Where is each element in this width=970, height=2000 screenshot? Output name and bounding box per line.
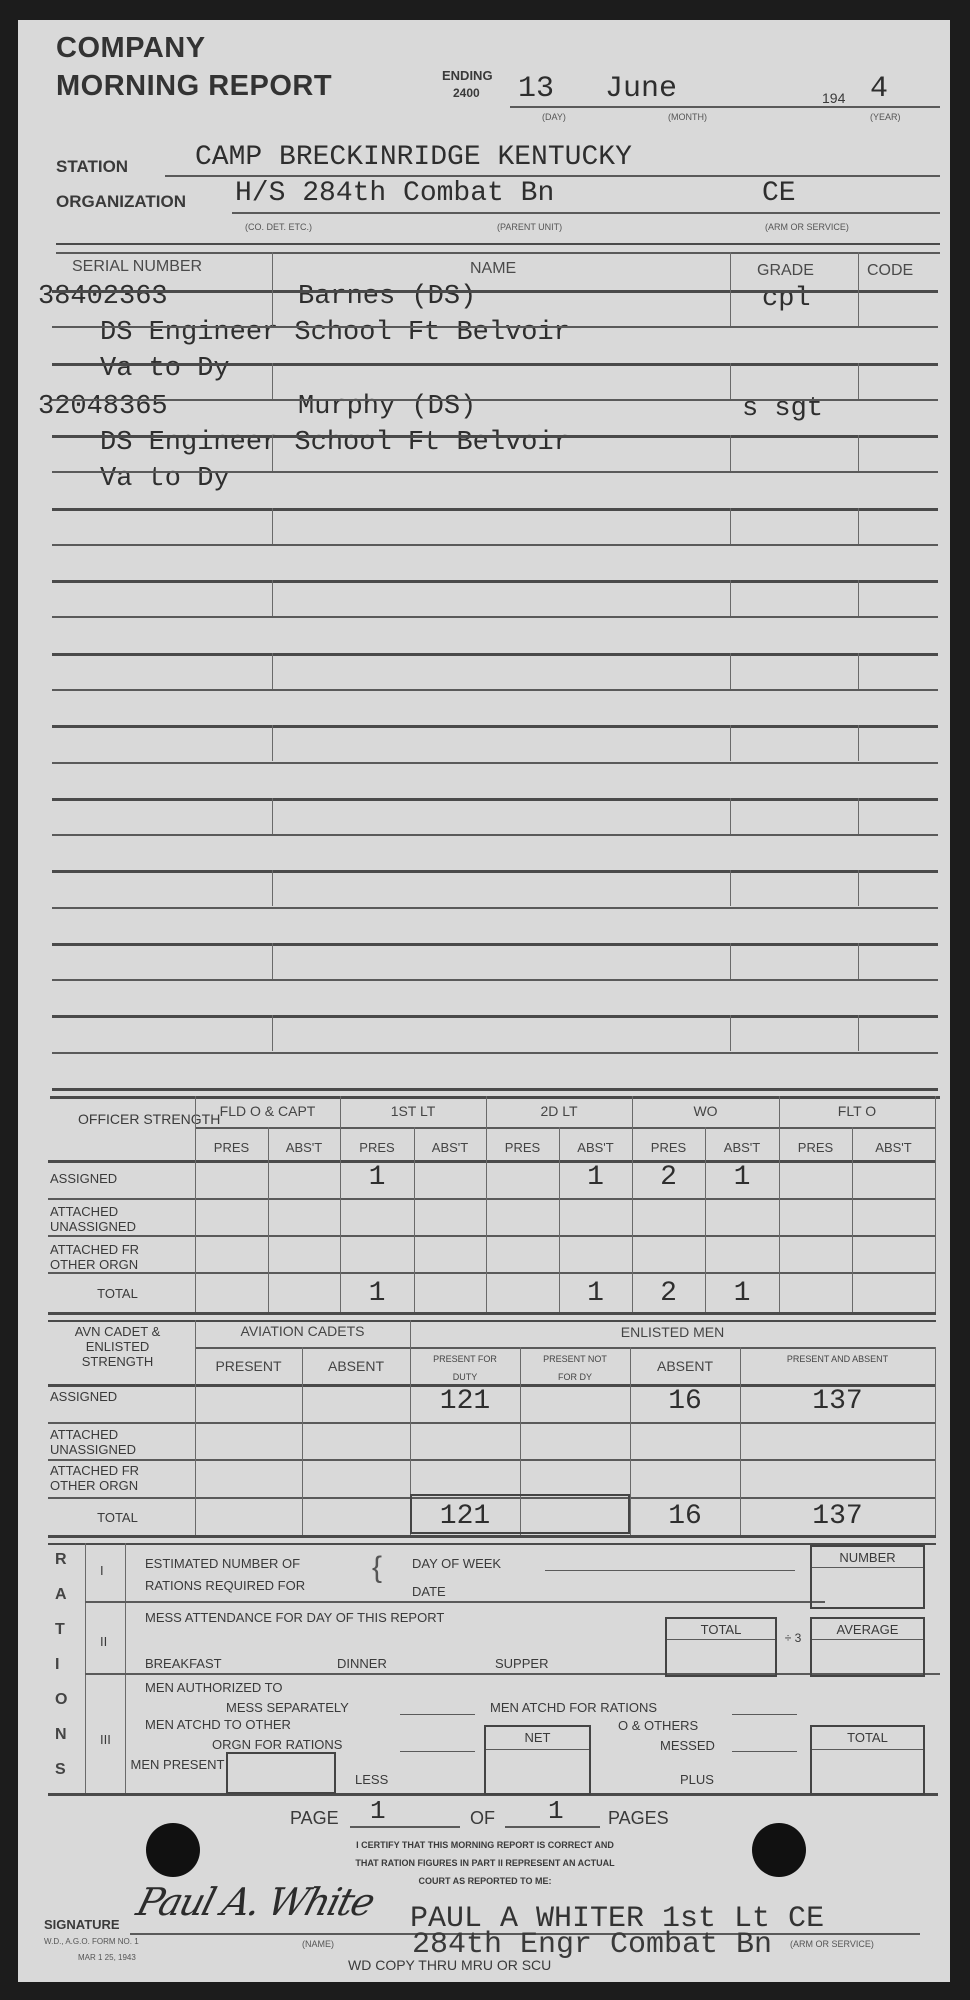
report-month: June [605, 72, 677, 106]
rations-part-line [85, 1601, 825, 1603]
soldier-name-2: Murphy (DS) [298, 392, 476, 422]
roster-row-line [52, 326, 938, 328]
roster-row-line [52, 907, 938, 909]
net-label: NET [484, 1730, 591, 1745]
officer-value: 1 [340, 1278, 414, 1309]
station-underline [165, 175, 940, 177]
enlisted-value: 137 [740, 1501, 935, 1532]
roster-col-line [858, 653, 859, 689]
enlisted-bottom-double [48, 1543, 936, 1545]
officer-col-line [779, 1096, 780, 1312]
roster-col-line [272, 1015, 273, 1051]
officer-row-label: ASSIGNED [50, 1171, 185, 1186]
roster-col-line [272, 290, 273, 326]
officer-subheader-8: PRES [779, 1140, 852, 1155]
roster-col-line [730, 870, 731, 906]
enlisted-col-header-2: PRESENT FOR DUTY [410, 1350, 520, 1386]
officer-value: 1 [705, 1278, 779, 1309]
officer-subheader-1: ABS'T [268, 1140, 340, 1155]
mess-total-label: TOTAL [665, 1622, 777, 1637]
enlisted-col-header-5: PRESENT AND ABSENT [740, 1350, 935, 1368]
officer-value: 2 [632, 1162, 705, 1193]
officer-group-3: WO [632, 1103, 779, 1119]
day-caption: (DAY) [542, 112, 566, 122]
rations-col-line [85, 1543, 86, 1793]
roster-row-line [52, 435, 938, 438]
number-box-label: NUMBER [810, 1550, 925, 1565]
organization-arm: CE [762, 178, 796, 209]
roster-row-line [52, 1088, 938, 1091]
certify-line-2: THAT RATION FIGURES IN PART II REPRESENT… [265, 1854, 705, 1872]
remark-line-3: DS Engineer School Ft Belvoir [100, 428, 570, 458]
rations-side-letter: I [55, 1656, 59, 1674]
soldier-name-1: Barnes (DS) [298, 282, 476, 312]
ending-time: 2400 [453, 86, 480, 100]
enlisted-col-line [935, 1347, 936, 1535]
roster-col-line [858, 943, 859, 979]
roster-row-line [52, 979, 938, 981]
enlisted-men-header: ENLISTED MEN [410, 1324, 935, 1340]
enlisted-row-label: TOTAL [50, 1510, 185, 1525]
roster-row-line [52, 1052, 938, 1054]
form-date: MAR 1 25, 1943 [78, 1953, 136, 1962]
men-atchd-other-label-2: ORGN FOR RATIONS [212, 1737, 342, 1752]
roster-col-line [272, 870, 273, 906]
officer-col-line [935, 1096, 936, 1312]
roster-col-line [858, 798, 859, 834]
pages-label: PAGES [608, 1808, 669, 1829]
rations-side-letter: S [55, 1761, 66, 1779]
date-label: DATE [412, 1584, 446, 1599]
officer-subheader-2: PRES [340, 1140, 414, 1155]
roster-col-line [272, 653, 273, 689]
roster-col-line [730, 798, 731, 834]
roster-row-line [52, 870, 938, 873]
pages-underline [505, 1826, 600, 1828]
part1-numeral: I [100, 1563, 104, 1578]
certify-line-1: I CERTIFY THAT THIS MORNING REPORT IS CO… [265, 1836, 705, 1854]
roster-col-line [858, 252, 859, 290]
remark-line-4: Va to Dy [100, 464, 230, 494]
header-serial-number: SERIAL NUMBER [72, 258, 202, 276]
enlisted-row-label: ASSIGNED [50, 1389, 185, 1404]
roster-col-line [730, 725, 731, 761]
officer-subheader-3: ABS'T [414, 1140, 486, 1155]
roster-row-line [52, 544, 938, 546]
divide-by-three: ÷ 3 [782, 1630, 804, 1646]
org-caption-unit: (CO. DET. ETC.) [245, 222, 312, 232]
roster-col-line [272, 252, 273, 290]
year-caption: (YEAR) [870, 112, 901, 122]
officer-value: 1 [559, 1278, 632, 1309]
enlisted-col-header-0: PRESENT [195, 1358, 302, 1374]
men-present-label: MEN PRESENT [130, 1756, 225, 1773]
enlisted-strength-title: AVN CADET & ENLISTED STRENGTH [50, 1324, 185, 1369]
net-box-divider [486, 1749, 589, 1750]
mess-separately-underline [400, 1714, 475, 1715]
roster-col-line [730, 508, 731, 544]
enlisted-row-line [48, 1422, 936, 1424]
organization-unit: H/S 284th Combat Bn [235, 178, 554, 209]
aviation-cadets-header: AVIATION CADETS [195, 1323, 410, 1339]
roster-row-line [52, 762, 938, 764]
officer-group-4: FLT O [779, 1103, 935, 1119]
roster-row-line [52, 363, 938, 366]
rations-col-line [125, 1543, 126, 1793]
officer-subheader-9: ABS'T [852, 1140, 935, 1155]
wd-copy-note: WD COPY THRU MRU OR SCU [348, 1957, 551, 1973]
station-value: CAMP BRECKINRIDGE KENTUCKY [195, 142, 632, 173]
roster-row-line [52, 943, 938, 946]
ending-label: ENDING [442, 68, 493, 83]
brace-glyph: { [372, 1551, 382, 1585]
date-underline [510, 106, 940, 108]
supper-label: SUPPER [495, 1656, 548, 1671]
men-atchd-rations-label: MEN ATCHD FOR RATIONS [490, 1700, 657, 1715]
enlisted-col-header-4: ABSENT [630, 1358, 740, 1374]
officer-value: 1 [705, 1162, 779, 1193]
signature-label: SIGNATURE [44, 1917, 120, 1932]
officer-strength-top-border [50, 1096, 940, 1099]
officer-group-2: 2D LT [486, 1103, 632, 1119]
header-grade: GRADE [757, 262, 814, 280]
men-atchd-rations-underline [732, 1714, 797, 1715]
rations-side-letter: N [55, 1726, 67, 1744]
rations-total-label: TOTAL [810, 1730, 925, 1745]
rations-total-divider [812, 1749, 923, 1750]
enlisted-subheader-line [195, 1347, 935, 1349]
form-number: W.D., A.G.O. FORM NO. 1 [44, 1937, 139, 1946]
roster-col-line [272, 363, 273, 399]
less-label: LESS [355, 1772, 388, 1787]
rations-side-letter: O [55, 1691, 67, 1709]
roster-row-line [52, 798, 938, 801]
roster-col-line [272, 725, 273, 761]
enlisted-col-line [302, 1347, 303, 1535]
enlisted-row-label: ATTACHED UNASSIGNED [50, 1427, 185, 1457]
roster-col-line [858, 508, 859, 544]
roster-col-line [272, 508, 273, 544]
officer-row-line [48, 1198, 936, 1200]
dinner-label: DINNER [337, 1656, 387, 1671]
month-caption: (MONTH) [668, 112, 707, 122]
officer-col-line [195, 1096, 196, 1312]
officer-subheader-4: PRES [486, 1140, 559, 1155]
roster-row-line [52, 580, 938, 583]
roster-col-line [730, 580, 731, 616]
men-atchd-other-label-1: MEN ATCHD TO OTHER [145, 1717, 291, 1732]
of-label: OF [470, 1808, 495, 1829]
org-caption-parent: (PARENT UNIT) [497, 222, 562, 232]
rations-side-letter: T [55, 1621, 65, 1639]
roster-row-line [52, 399, 938, 401]
enlisted-value: 16 [630, 1386, 740, 1417]
officer-subheader-7: ABS'T [705, 1140, 779, 1155]
roster-col-line [272, 798, 273, 834]
officer-subheader-5: ABS'T [559, 1140, 632, 1155]
enlisted-value: 121 [410, 1501, 520, 1532]
roster-col-line [858, 725, 859, 761]
men-present-box [226, 1752, 336, 1794]
officer-col-line [486, 1096, 487, 1312]
officer-row-label: ATTACHED UNASSIGNED [50, 1204, 185, 1234]
remark-line-2: Va to Dy [100, 354, 230, 384]
officer-header-bottom [48, 1160, 936, 1163]
roster-row-line [52, 653, 938, 656]
report-year: 4 [870, 72, 888, 106]
enlisted-col-line [195, 1320, 196, 1535]
day-of-week-label: DAY OF WEEK [412, 1556, 501, 1571]
organization-label: ORGANIZATION [56, 192, 186, 212]
roster-col-line [272, 943, 273, 979]
roster-row-line [52, 834, 938, 836]
roster-row-line [52, 471, 938, 473]
average-box-divider [812, 1639, 923, 1640]
rations-side-letter: A [55, 1586, 67, 1604]
officer-value: 2 [632, 1278, 705, 1309]
day-of-week-underline [545, 1570, 795, 1571]
officer-subheader-6: PRES [632, 1140, 705, 1155]
form-title-line2: MORNING REPORT [56, 70, 332, 103]
part1-text2: RATIONS REQUIRED FOR [145, 1578, 305, 1593]
page-label: PAGE [290, 1808, 339, 1829]
punch-hole-left [146, 1823, 200, 1877]
officer-row-line [48, 1272, 936, 1274]
officers-others-label-1: O & OTHERS [618, 1718, 698, 1733]
roster-col-line [858, 1015, 859, 1051]
enlisted-value: 16 [630, 1501, 740, 1532]
roster-col-line [858, 435, 859, 471]
men-authorized-label-1: MEN AUTHORIZED TO [145, 1680, 282, 1695]
enlisted-col-header-1: ABSENT [302, 1358, 410, 1374]
organization-underline [232, 212, 940, 214]
breakfast-label: BREAKFAST [145, 1656, 222, 1671]
enlisted-value: 137 [740, 1386, 935, 1417]
enlisted-col-header-3: PRESENT NOT FOR DY [520, 1350, 630, 1386]
officer-row-label: ATTACHED FR OTHER ORGN [50, 1242, 185, 1272]
roster-row-line [52, 508, 938, 511]
roster-col-line [858, 290, 859, 326]
roster-col-line [730, 943, 731, 979]
mess-total-divider [667, 1639, 775, 1640]
atchd-other-underline [400, 1751, 475, 1752]
header-name: NAME [470, 260, 516, 278]
roster-col-line [730, 435, 731, 471]
men-authorized-label-2: MESS SEPARATELY [226, 1700, 349, 1715]
roster-row-line [52, 1015, 938, 1018]
part2-numeral: II [100, 1634, 107, 1649]
number-box-divider [812, 1567, 923, 1568]
officer-strength-title: OFFICER STRENGTH [78, 1111, 168, 1128]
punch-hole-right [752, 1823, 806, 1877]
handwritten-signature: Paul A. White [132, 1880, 378, 1924]
report-day: 13 [518, 72, 554, 106]
roster-col-line [858, 580, 859, 616]
officer-group-0: FLD O & CAPT [195, 1103, 340, 1119]
roster-col-line [272, 580, 273, 616]
roster-row-line [52, 725, 938, 728]
roster-col-line [272, 435, 273, 471]
officer-row-label: TOTAL [50, 1286, 185, 1301]
officer-subheader-0: PRES [195, 1140, 268, 1155]
officer-value: 1 [559, 1162, 632, 1193]
roster-row-line [52, 616, 938, 618]
rations-side-letter: R [55, 1551, 67, 1569]
form-title-line1: COMPANY [56, 32, 206, 65]
soldier-grade-1: cpl [762, 284, 811, 314]
roster-row-line [52, 290, 938, 293]
serial-number-2: 32048365 [38, 392, 168, 422]
roster-top-border-inner [56, 252, 940, 254]
officers-others-label-2: MESSED [660, 1738, 715, 1753]
officer-row-line [48, 1312, 936, 1315]
station-label: STATION [56, 157, 128, 177]
mess-attendance-label: MESS ATTENDANCE FOR DAY OF THIS REPORT [145, 1610, 444, 1625]
roster-col-line [730, 252, 731, 290]
serial-number-1: 38402363 [38, 282, 168, 312]
part1-text1: ESTIMATED NUMBER OF [145, 1556, 300, 1571]
total-pages: 1 [548, 1796, 564, 1826]
header-code: CODE [867, 262, 913, 280]
arm-caption: (ARM OR SERVICE) [790, 1939, 874, 1949]
officers-messed-underline [732, 1751, 797, 1752]
roster-col-line [730, 290, 731, 326]
roster-col-line [858, 870, 859, 906]
roster-col-line [730, 1015, 731, 1051]
enlisted-row-line [48, 1535, 936, 1538]
roster-top-border [56, 243, 940, 245]
enlisted-row-line [48, 1459, 936, 1461]
plus-label: PLUS [680, 1772, 714, 1787]
average-label: AVERAGE [810, 1622, 925, 1637]
page-underline [350, 1826, 460, 1828]
roster-col-line [858, 363, 859, 399]
enlisted-value: 121 [410, 1386, 520, 1417]
officer-subheader-line [195, 1127, 935, 1129]
officer-group-1: 1ST LT [340, 1103, 486, 1119]
roster-row-line [52, 689, 938, 691]
enlisted-row-label: ATTACHED FR OTHER ORGN [50, 1463, 185, 1493]
remark-line-1: DS Engineer School Ft Belvoir [100, 318, 570, 348]
org-caption-arm: (ARM OR SERVICE) [765, 222, 849, 232]
roster-col-line [730, 653, 731, 689]
roster-col-line [730, 363, 731, 399]
part3-numeral: III [100, 1732, 111, 1747]
year-prefix: 194 [822, 90, 845, 106]
page-number: 1 [370, 1796, 386, 1826]
officer-bottom-double [48, 1320, 936, 1322]
name-caption: (NAME) [302, 1939, 334, 1949]
officer-row-line [48, 1235, 936, 1237]
officer-value: 1 [340, 1162, 414, 1193]
